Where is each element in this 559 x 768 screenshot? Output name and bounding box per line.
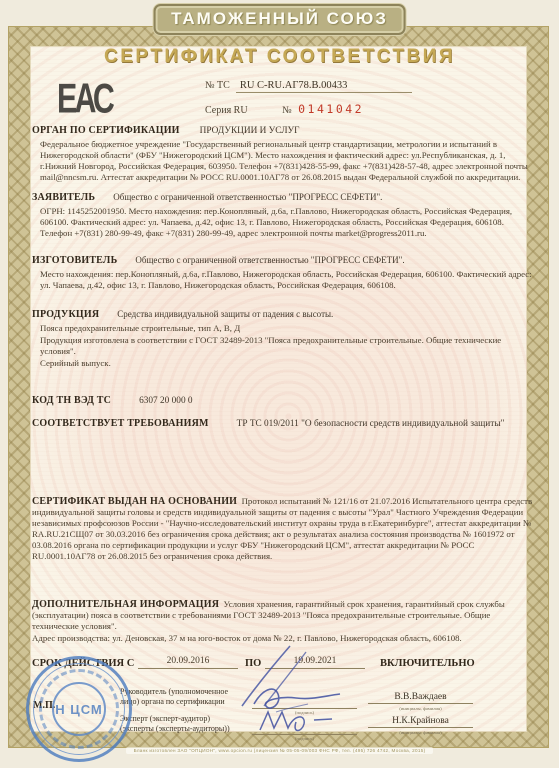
section-manufacturer: ИЗГОТОВИТЕЛЬОбщество с ограниченной отве… xyxy=(32,250,532,291)
certificate-number-label: № ТС xyxy=(205,80,230,91)
section-additional-info: ДОПОЛНИТЕЛЬНАЯ ИНФОРМАЦИЯ Условия хранен… xyxy=(32,598,537,644)
expert-name-hint: (инициалы, фамилия) xyxy=(368,730,473,735)
validity-from-date: 20.09.2016 xyxy=(138,656,238,669)
section-label: ДОПОЛНИТЕЛЬНАЯ ИНФОРМАЦИЯ xyxy=(32,599,219,610)
product-line-types: Пояса предохранительные строительные, ти… xyxy=(40,323,532,334)
certificate-number-value: RU C-RU.АГ78.В.00433 xyxy=(236,80,412,93)
customs-union-badge: ТАМОЖЕННЫЙ СОЮЗ xyxy=(153,4,406,35)
section-body: ОГРН: 1145252001950. Место нахождения: п… xyxy=(40,206,532,239)
section-tnved-code: КОД ТН ВЭД ТС6307 20 000 0 xyxy=(32,390,532,408)
section-product: ПРОДУКЦИЯСредства индивидуальной защиты … xyxy=(32,304,532,369)
tnved-code-value: 6307 20 000 0 xyxy=(139,396,192,406)
certificate-number-row: № ТСRU C-RU.АГ78.В.00433 xyxy=(205,80,412,93)
section-label: СООТВЕТСТВУЕТ ТРЕБОВАНИЯМ xyxy=(32,418,209,429)
section-body: Федеральное бюджетное учреждение "Госуда… xyxy=(40,139,532,183)
customs-union-badge-label: ТАМОЖЕННЫЙ СОЮЗ xyxy=(171,9,388,28)
section-label: ОРГАН ПО СЕРТИФИКАЦИИ xyxy=(32,125,180,136)
section-basis: СЕРТИФИКАТ ВЫДАН НА ОСНОВАНИИ Протокол и… xyxy=(32,495,537,563)
section-headline: Общество с ограниченной ответственностью… xyxy=(113,192,382,202)
head-name: В.В.Важдаев xyxy=(368,692,473,704)
head-name-hint: (инициалы, фамилия) xyxy=(368,706,473,711)
section-label: СЕРТИФИКАТ ВЫДАН НА ОСНОВАНИИ xyxy=(32,496,237,507)
section-body: Место нахождения: пер.Конопляный, д.6а, … xyxy=(40,269,532,291)
section-headline: Общество с ограниченной ответственностью… xyxy=(135,255,404,265)
certificate-page: ТАМОЖЕННЫЙ СОЮЗ ЕАС СЕРТИФИКАТ СООТВЕТСТ… xyxy=(0,0,559,768)
certificate-title: СЕРТИФИКАТ СООТВЕТСТВИЯ xyxy=(0,46,559,68)
expert-name: Н.К.Крайнова xyxy=(368,716,473,728)
expert-role-label: Эксперт (эксперт-аудитор) (эксперты (экс… xyxy=(120,714,260,734)
series-row: Серия RU № 0141042 xyxy=(205,102,364,116)
section-headline: Средства индивидуальной защиты от падени… xyxy=(117,309,333,319)
product-line-gost: Продукция изготовлена в соответствии с Г… xyxy=(40,335,532,357)
section-label: ЗАЯВИТЕЛЬ xyxy=(32,192,95,203)
series-label: Серия RU xyxy=(205,105,248,116)
section-applicant: ЗАЯВИТЕЛЬОбщество с ограниченной ответст… xyxy=(32,187,532,239)
product-line-serial: Серийный выпуск. xyxy=(40,358,532,369)
certificate-content: ЕАС СЕРТИФИКАТ СООТВЕТСТВИЯ № ТСRU C-RU.… xyxy=(0,0,559,768)
series-number-value: 0141042 xyxy=(298,102,364,116)
section-sublabel: ПРОДУКЦИИ И УСЛУГ xyxy=(200,126,300,136)
section-label: ИЗГОТОВИТЕЛЬ xyxy=(32,255,117,266)
requirements-value: ТР ТС 019/2011 "О безопасности средств и… xyxy=(237,419,505,429)
stamp-center-text: Н ЦСМ xyxy=(52,682,106,736)
section-label: ПРОДУКЦИЯ xyxy=(32,309,99,320)
section-label: КОД ТН ВЭД ТС xyxy=(32,395,111,406)
section-requirements: СООТВЕТСТВУЕТ ТРЕБОВАНИЯМТР ТС 019/2011 … xyxy=(32,413,532,431)
blank-fine-print: Бланк изготовлен ЗАО "ОПЦИОН", www.opcio… xyxy=(0,739,559,757)
series-number-sign: № xyxy=(282,105,292,116)
validity-inclusive-label: ВКЛЮЧИТЕЛЬНО xyxy=(380,658,475,669)
expert-signature-ink xyxy=(252,706,362,736)
section-certification-body: ОРГАН ПО СЕРТИФИКАЦИИПРОДУКЦИИ И УСЛУГ Ф… xyxy=(32,120,532,183)
